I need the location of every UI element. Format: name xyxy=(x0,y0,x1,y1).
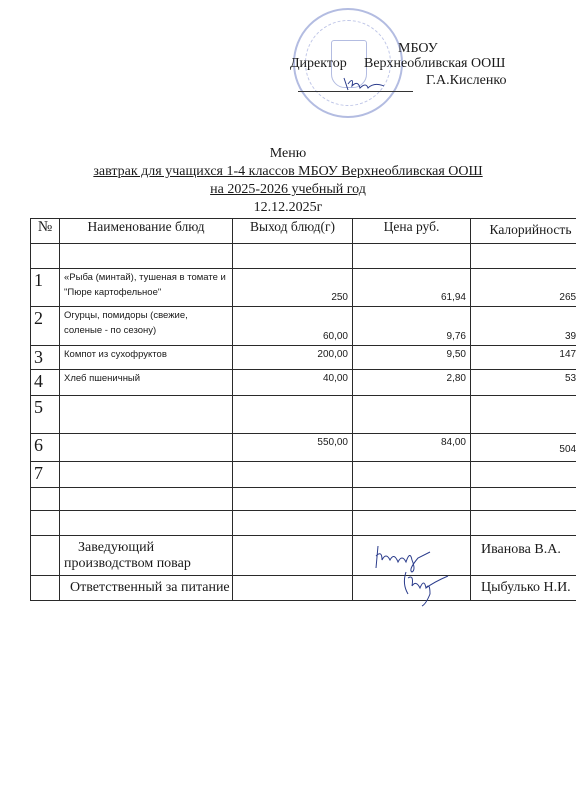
column-header-output: Выход блюд(г) xyxy=(233,219,353,244)
dish-calories: 265,25 xyxy=(471,269,576,307)
total-price: 84,00 xyxy=(353,434,471,462)
signature-name: Иванова В.А. xyxy=(471,536,576,576)
dish-price xyxy=(353,396,471,434)
total-output: 550,00 xyxy=(233,434,353,462)
document-subtitle: завтрак для учащихся 1-4 классов МБОУ Ве… xyxy=(0,164,576,180)
signature-role: Заведующий производством повар xyxy=(60,536,233,576)
row-number: 5 xyxy=(31,396,60,434)
dish-name xyxy=(60,434,233,462)
dish-calories: 39,00 xyxy=(471,307,576,346)
approval-role: Директор xyxy=(290,56,347,72)
dish-output xyxy=(233,462,353,488)
dish-output: 60,00 xyxy=(233,307,353,346)
signature-row-cook: Заведующий производством повар Иванова В… xyxy=(31,536,576,576)
dish-price: 9,50 xyxy=(353,346,471,370)
menu-table: № Наименование блюд Выход блюд(г) Цена р… xyxy=(30,218,576,601)
row-number: 6 xyxy=(31,434,60,462)
dish-name xyxy=(60,462,233,488)
table-row: 2 Огурцы, помидоры (свежие, соленые - по… xyxy=(31,307,576,346)
table-row: 5 xyxy=(31,396,576,434)
dish-output: 250 xyxy=(233,269,353,307)
column-header-price: Цена руб. xyxy=(353,219,471,244)
document-title: Меню xyxy=(0,146,576,162)
signature-role-line2: производством повар xyxy=(64,556,232,572)
menu-date: 12.12.2025г xyxy=(0,200,576,216)
dish-output xyxy=(233,396,353,434)
dish-price: 61,94 xyxy=(353,269,471,307)
dish-calories: 147,00 xyxy=(471,346,576,370)
responsible-signature-icon xyxy=(400,568,450,608)
dish-name: Компот из сухофруктов xyxy=(60,346,233,370)
dish-output: 40,00 xyxy=(233,370,353,396)
signature-role: Ответственный за питание xyxy=(60,576,233,601)
school-year: на 2025-2026 учебный год xyxy=(0,182,576,198)
table-row-total: 6 550,00 84,00 504,25 xyxy=(31,434,576,462)
approval-org: МБОУ xyxy=(398,41,438,57)
dish-name: «Рыба (минтай), тушеная в томате и "Пюре… xyxy=(60,269,233,307)
column-header-calories: Калорийность xyxy=(471,219,576,244)
table-row: 3 Компот из сухофруктов 200,00 9,50 147,… xyxy=(31,346,576,370)
table-row-empty xyxy=(31,488,576,511)
signature-row-responsible: Ответственный за питание Цыбулько Н.И. xyxy=(31,576,576,601)
approval-name: Г.А.Кисленко xyxy=(426,73,506,89)
row-number: 4 xyxy=(31,370,60,396)
row-number: 2 xyxy=(31,307,60,346)
dish-calories xyxy=(471,462,576,488)
dish-calories xyxy=(471,396,576,434)
table-row-empty xyxy=(31,244,576,269)
dish-name xyxy=(60,396,233,434)
dish-name: Хлеб пшеничный xyxy=(60,370,233,396)
dish-output: 200,00 xyxy=(233,346,353,370)
table-row: 4 Хлеб пшеничный 40,00 2,80 53,00 xyxy=(31,370,576,396)
dish-calories: 53,00 xyxy=(471,370,576,396)
dish-price: 2,80 xyxy=(353,370,471,396)
row-number: 3 xyxy=(31,346,60,370)
table-row: 1 «Рыба (минтай), тушеная в томате и "Пю… xyxy=(31,269,576,307)
column-header-number: № xyxy=(31,219,60,244)
column-header-name: Наименование блюд xyxy=(60,219,233,244)
table-row: 7 xyxy=(31,462,576,488)
table-header-row: № Наименование блюд Выход блюд(г) Цена р… xyxy=(31,219,576,244)
row-number: 7 xyxy=(31,462,60,488)
dish-price: 9,76 xyxy=(353,307,471,346)
signature-name: Цыбулько Н.И. xyxy=(471,576,576,601)
director-signature-icon xyxy=(340,74,388,94)
dish-name: Огурцы, помидоры (свежие, соленые - по с… xyxy=(60,307,233,346)
dish-price xyxy=(353,462,471,488)
table-row-empty xyxy=(31,511,576,536)
total-calories: 504,25 xyxy=(471,434,576,462)
approval-school: Верхнеобливская ООШ xyxy=(364,56,505,72)
row-number: 1 xyxy=(31,269,60,307)
signature-role-line1: Заведующий xyxy=(78,540,232,556)
